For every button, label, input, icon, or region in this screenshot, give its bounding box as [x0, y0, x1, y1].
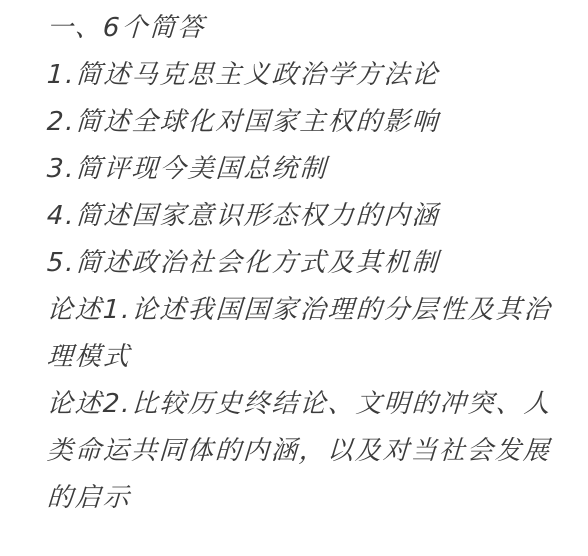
note-line-essay-2c: 的启示 [46, 472, 579, 519]
note-line-question-4: 4.简述国家意识形态权力的内涵 [46, 190, 579, 237]
handwritten-note: 一、6个简答 1.简述马克思主义政治学方法论 2.简述全球化对国家主权的影响 3… [47, 2, 578, 519]
note-line-essay-2a: 论述2.比较历史终结论、文明的冲突、人 [46, 378, 579, 425]
note-line-essay-1a: 论述1.论述我国国家治理的分层性及其治 [46, 284, 579, 331]
note-line-question-2: 2.简述全球化对国家主权的影响 [46, 96, 579, 143]
handwritten-note-page: 一、6个简答 1.简述马克思主义政治学方法论 2.简述全球化对国家主权的影响 3… [0, 0, 588, 556]
note-line-question-1: 1.简述马克思主义政治学方法论 [46, 49, 579, 96]
note-line-question-3: 3.简评现今美国总统制 [46, 143, 579, 190]
note-heading-line: 一、6个简答 [46, 2, 579, 49]
note-line-question-5: 5.简述政治社会化方式及其机制 [46, 237, 579, 284]
note-line-essay-2b: 类命运共同体的内涵，以及对当社会发展 [46, 425, 579, 472]
note-line-essay-1b: 理模式 [46, 331, 579, 378]
